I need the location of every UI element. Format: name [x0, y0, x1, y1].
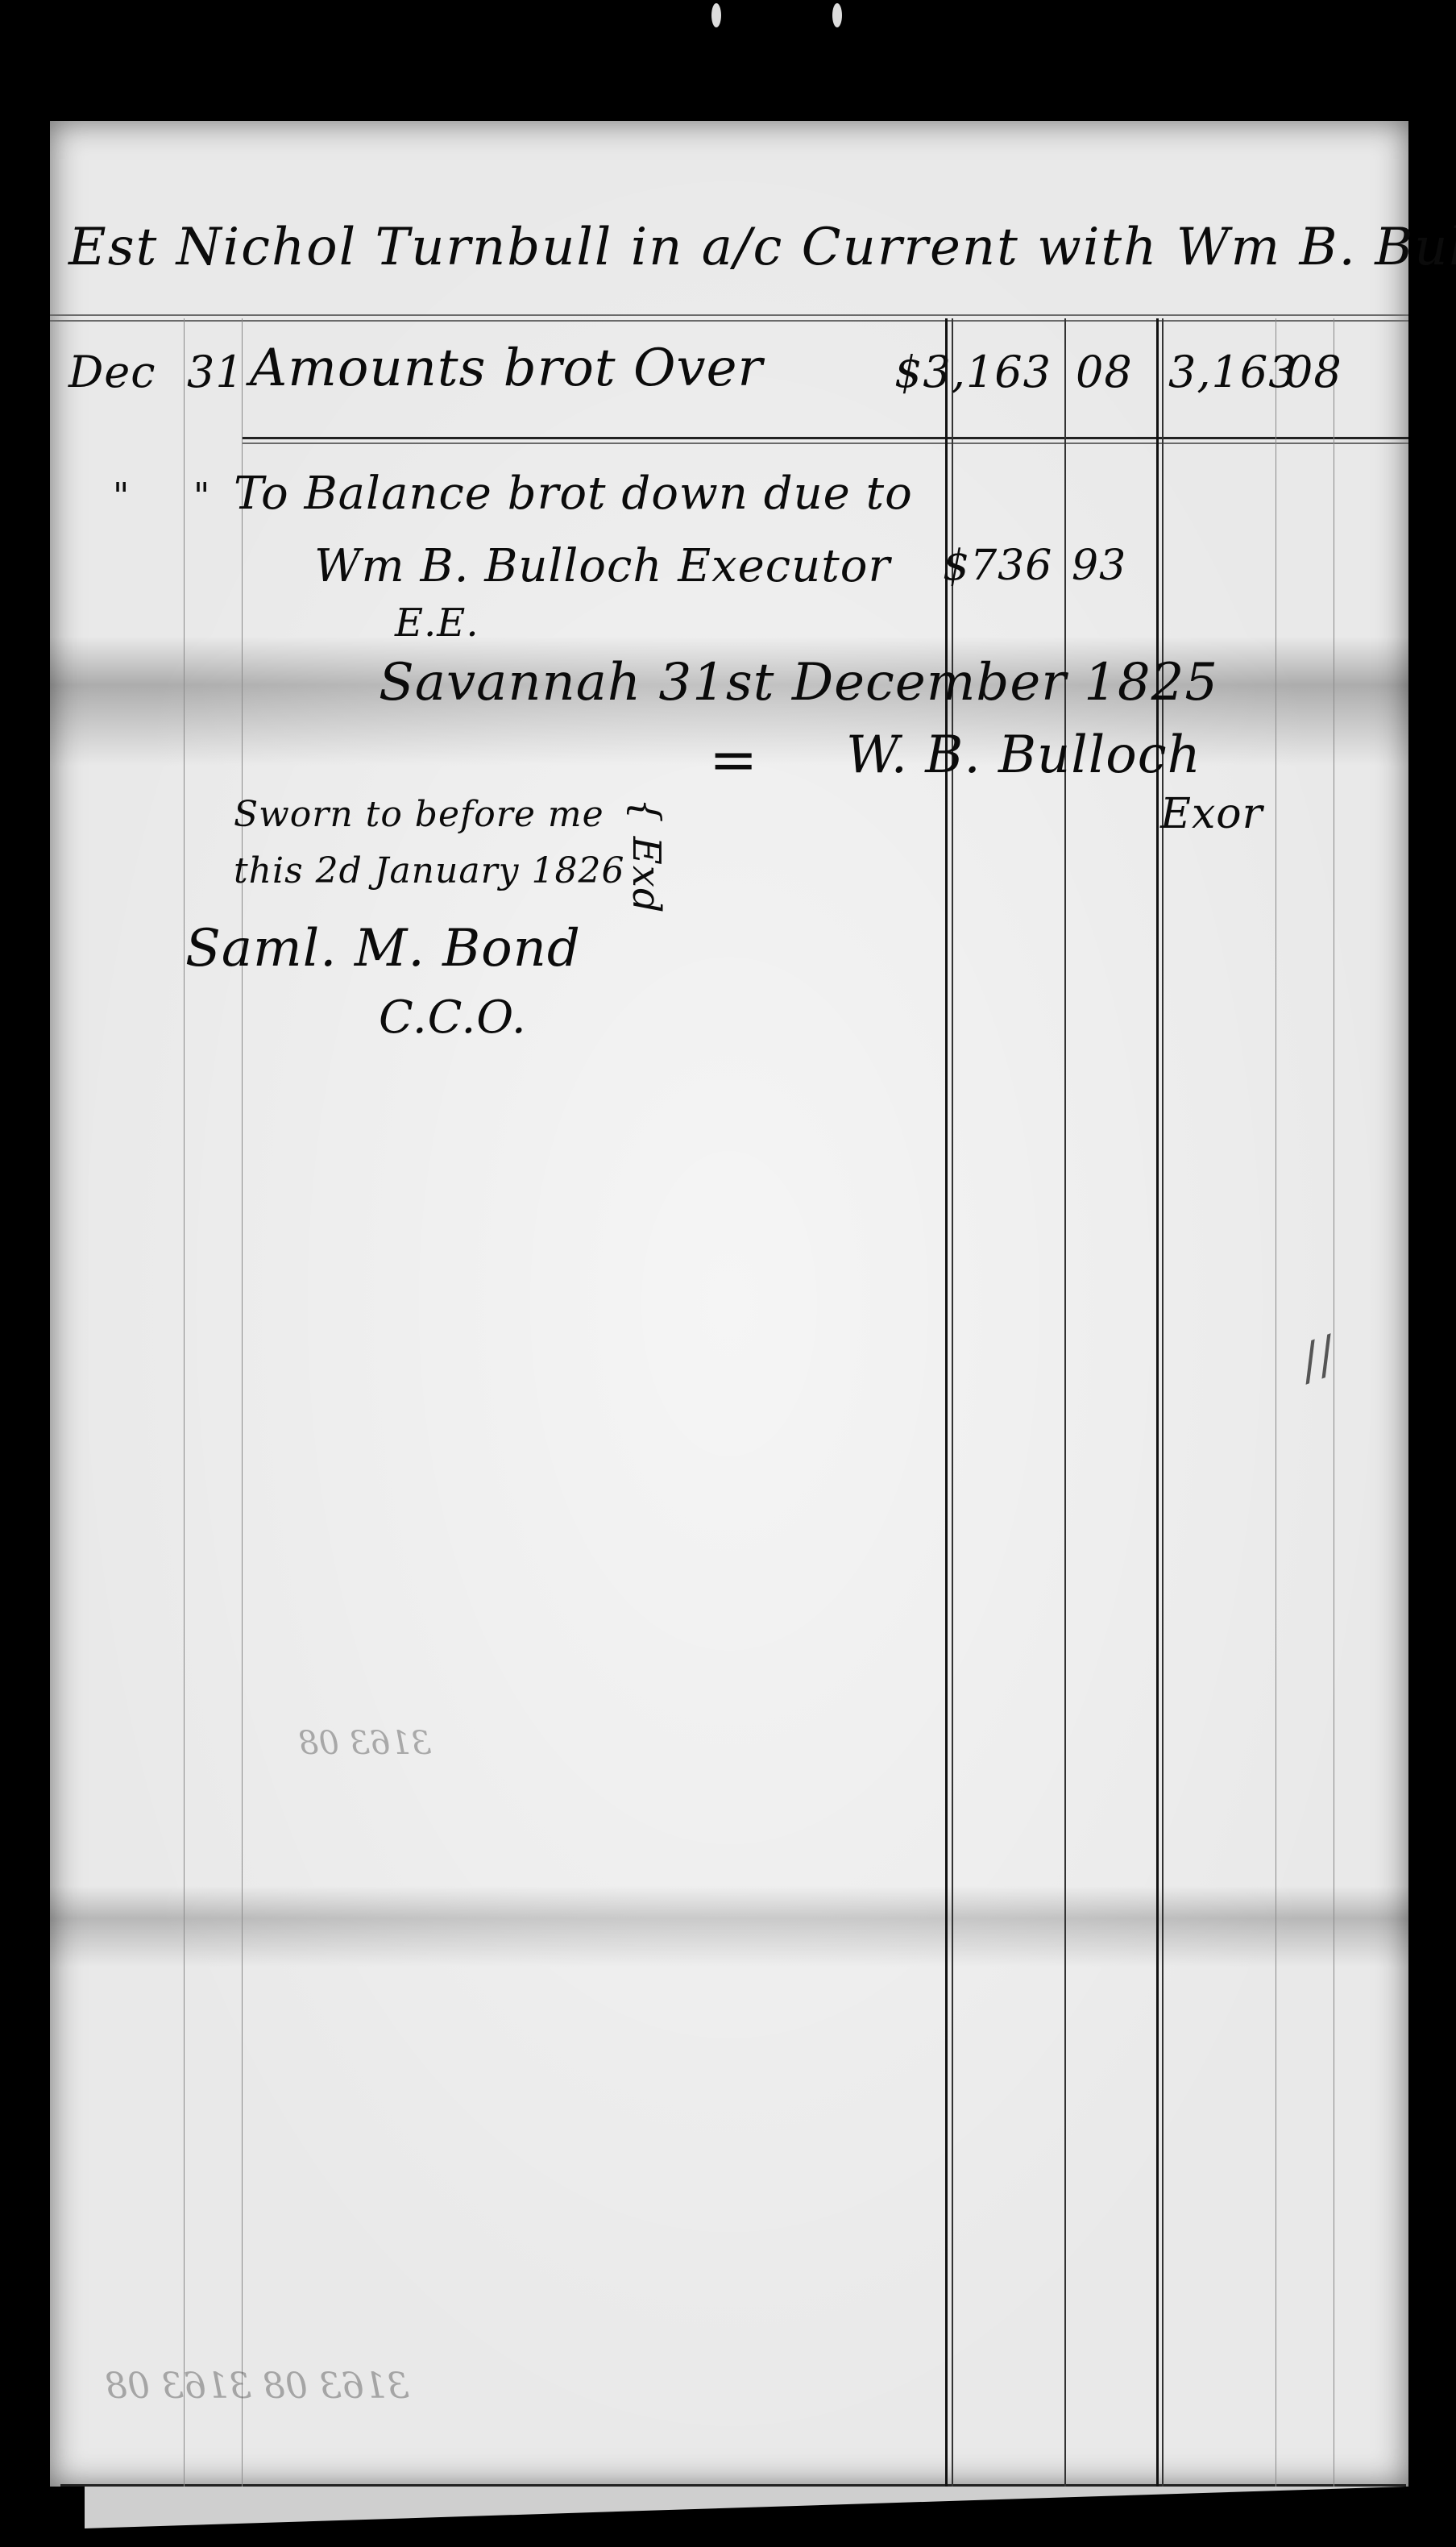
entry-day: 31 [187, 347, 244, 397]
row-rule [242, 443, 1408, 444]
header-rule [50, 314, 1408, 316]
official-title: C.C.O. [379, 991, 527, 1044]
official-signature: Saml. M. Bond [185, 919, 581, 978]
debit-dollars-rule-2 [952, 318, 953, 2487]
row-rule [242, 437, 1408, 439]
ditto-mark: " [193, 476, 210, 517]
ditto-mark: " [113, 476, 130, 517]
film-perforation [832, 3, 842, 27]
account-heading: Est Nichol Turnbull in a/c Current with … [68, 218, 1456, 277]
credit-dollars-rule-2 [1162, 318, 1164, 2487]
balance-debit-cents: 93 [1072, 542, 1126, 590]
debit-dollars-rule [945, 318, 948, 2487]
place-date: Savannah 31st December 1825 [379, 653, 1218, 713]
executor-signature: W. B. Bulloch [846, 725, 1201, 785]
description-column-rule [242, 318, 243, 2487]
oath-line1: Sworn to before me [234, 794, 604, 835]
credit-dollars: 3,163 [1168, 347, 1297, 397]
balance-description-line1: To Balance brot down due to [234, 467, 913, 520]
oath-line2: this 2d January 1826 [234, 850, 624, 891]
balance-description-line2: Wm B. Bulloch Executor [314, 540, 890, 592]
balance-debit-dollars: $736 [943, 542, 1052, 590]
initials: E.E. [395, 600, 479, 646]
page-bottom-flap [85, 2487, 1406, 2528]
date-column-rule [184, 318, 185, 2487]
entry-month: Dec [68, 347, 156, 397]
debit-cents: 08 [1076, 347, 1133, 397]
debit-dollars: $3,163 [894, 347, 1052, 397]
film-perforation [711, 3, 721, 27]
page-bottom-edge [60, 2484, 1406, 2487]
bleed-through-mid: 3163 08 [298, 1725, 431, 1762]
header-rule [50, 320, 1408, 322]
margin-rule [1334, 318, 1334, 2487]
signature-prefix: = [709, 725, 758, 793]
oath-brace-mark: { Exd [624, 798, 669, 914]
entry-description: Amounts brot Over [250, 339, 763, 398]
bleed-through-bottom: 3163 08 3163 08 [105, 2366, 409, 2407]
debit-cents-rule [1064, 318, 1066, 2487]
credit-dollars-rule [1156, 318, 1159, 2487]
credit-cents: 08 [1285, 347, 1342, 397]
credit-cents-rule [1276, 318, 1276, 2487]
executor-title: Exor [1160, 790, 1263, 838]
